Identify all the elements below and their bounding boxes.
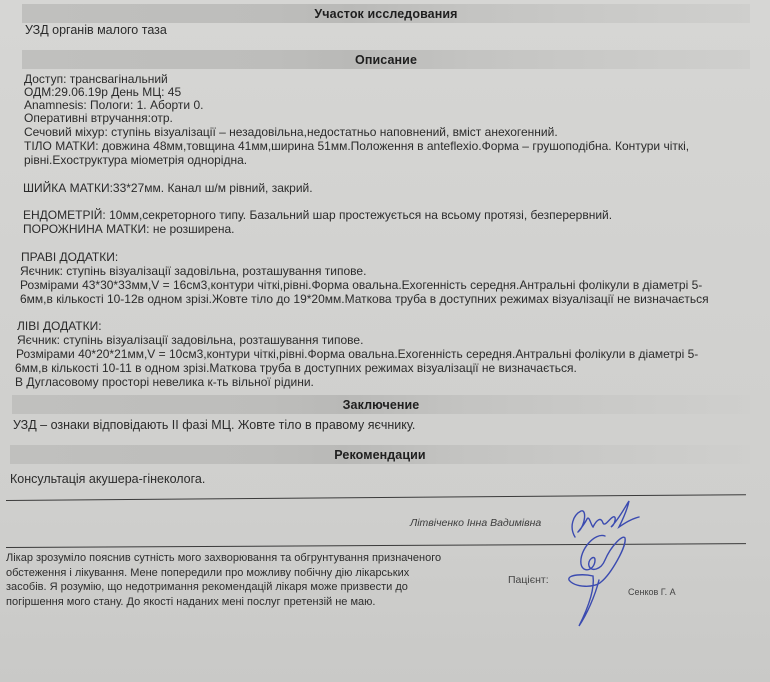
consent-line: погіршення мого стану. До якості наданих… (6, 595, 456, 610)
description-line: 6мм,в кількості 10-11 в одном зрізі.Матк… (15, 361, 577, 375)
description-line: ПОРОЖНИНА МАТКИ: не розширена. (23, 222, 234, 236)
description-line: ОДМ:29.06.19р День МЦ: 45 (24, 85, 181, 99)
doctor-name: Літвіченко Інна Вадимівна (410, 517, 541, 529)
description-line: Сечовий міхур: ступінь візуалізації – не… (24, 125, 558, 139)
description-line: рівні.Exoструктура міометрія однорідна. (24, 153, 247, 167)
description-line: Яєчник: ступінь візуалізації задовільна,… (17, 333, 363, 347)
description-line: ЕНДОМЕТРІЙ: 10мм,секреторного типу. База… (23, 208, 612, 222)
study-area-text: УЗД органів малого таза (25, 23, 167, 37)
description-line: Anamnesis: Пологи: 1. Аборти 0. (24, 98, 203, 112)
description-line: 6мм,в кількості 10-12в одном зрізі.Жовте… (20, 292, 709, 306)
section-header-conclusion: Заключение (12, 395, 750, 414)
consent-line: обстеження і лікування. Мене попередили … (6, 566, 456, 581)
section-title: Участок исследования (314, 7, 457, 21)
description-line: ЛІВІ ДОДАТКИ: (17, 319, 102, 333)
description-line: В Дугласовому просторі невелика к-ть віл… (15, 375, 314, 389)
ultrasound-report-page: Участок исследования УЗД органів малого … (0, 0, 770, 682)
patient-name: Сенков Г. А (628, 587, 676, 597)
patient-label: Пацієнт: (508, 574, 549, 586)
conclusion-text: УЗД – ознаки відповідають II фазі МЦ. Жо… (13, 418, 415, 432)
recommendations-text: Консультація акушера-гінеколога. (10, 472, 205, 486)
section-header-study-area: Участок исследования (22, 4, 750, 23)
description-line: ШИЙКА МАТКИ:33*27мм. Канал ш/м рівний, з… (23, 181, 313, 195)
patient-signature-icon (565, 530, 645, 635)
description-line: Розмірами 40*20*21мм,V = 10см3,контури ч… (16, 347, 698, 361)
description-line: Оперативні втручання:отр. (24, 111, 173, 125)
section-header-description: Описание (22, 50, 750, 69)
description-line: ТІЛО МАТКИ: довжина 48мм,товщина 41мм,ши… (24, 139, 689, 153)
consent-line: Лікар зрозуміло пояснив сутність мого за… (6, 551, 456, 566)
description-line: ПРАВІ ДОДАТКИ: (21, 250, 118, 264)
section-title: Рекомендации (334, 448, 425, 462)
patient-consent-text: Лікар зрозуміло пояснив сутність мого за… (6, 551, 456, 609)
section-header-recommendations: Рекомендации (10, 445, 750, 464)
section-title: Заключение (343, 398, 420, 412)
description-line: Розмірами 43*30*33мм,V = 16см3,контури ч… (20, 278, 702, 292)
description-line: Яєчник: ступінь візуалізації задовільна,… (20, 264, 366, 278)
section-title: Описание (355, 53, 417, 67)
consent-line: засобів. Я розумію, що недотримання реко… (6, 580, 456, 595)
description-line: Доступ: трансвагінальний (24, 72, 168, 86)
